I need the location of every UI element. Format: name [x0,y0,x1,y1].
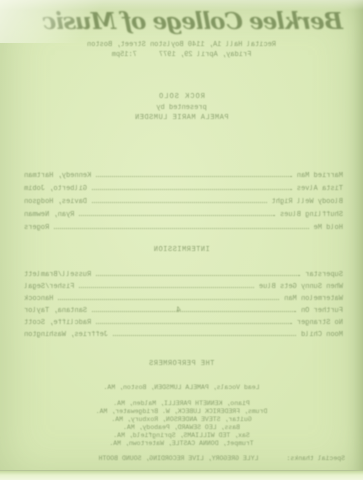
dotted-leader [92,189,292,190]
scan-bottom-edge [0,470,363,480]
dotted-leader [79,287,254,288]
dotted-leader [96,176,292,177]
dotted-leader [58,299,279,300]
recital-title: ROCK SOLO [0,93,363,101]
song-title: Shuffling Blues [280,211,343,219]
presented-by-label: presented by [0,104,363,112]
program1-row: Bloody Well Right Davies, Hodgson [24,198,343,206]
program2-row: Further On Santana, Taylor [24,307,343,315]
performer-line: Piano, KENNETH PARELLI, Malden, MA. [113,400,250,408]
special-thanks-names: LYLE GREGORY, LIVE RECORDING, SOUND BOOT… [99,455,259,462]
dotted-leader [96,275,300,276]
program1-row: Married Man Kennedy, Hartman [24,172,343,180]
date-line: Friday, April 29, 1977 7:15pm [0,51,363,59]
composer: Fisher/Segal [24,283,74,291]
composer: Davies, Hodgson [24,198,87,206]
song-title: Hold Me [314,224,343,232]
song-title: Watermelon Man [284,295,343,303]
mirrored-showthrough-layer: Berklee College of Music Recital Hall 1A… [0,0,363,480]
program2-row: Moon Child Jeffries, Washington [24,331,343,339]
date-text: Friday, April 29, 1977 [159,51,251,59]
program1-row: Tista Alves Gilberto, Jobim [24,185,343,193]
dotted-leader [92,202,267,203]
program2-row: No Stranger Radcliffe, Scott [24,319,343,327]
composer: Ryan, Newman [24,211,74,219]
song-title: Further On [301,307,343,315]
composer: Jeffries, Washington [24,331,108,339]
performer-line: Guitar, STEVE ANDERSON, Roxbury, MA. [111,416,251,424]
composer: Radcliffe, Scott [24,319,91,327]
song-title: Superstar [305,271,343,279]
composer: Russell/Bramlett [24,271,91,279]
dotted-leader [79,215,275,216]
performer-line: Sax, TED WILLIAMS, Springfield, MA. [113,432,250,440]
composer: Santana, Taylor [24,307,87,315]
footer-line: Special thanks: LYLE GREGORY, LIVE RECOR… [18,455,345,462]
composer: Gilberto, Jobim [24,185,87,193]
presenter-name: PAMELA MARIE LUMSDEN [0,114,363,122]
scanned-program-page: Berklee College of Music Recital Hall 1A… [0,0,363,480]
composer: Kennedy, Hartman [24,172,91,180]
song-title: No Stranger [297,319,343,327]
composer: Rogers [24,224,49,232]
dotted-leader [92,311,296,312]
berklee-logo: Berklee College of Music [51,8,343,35]
song-title: When Sunny Gets Blue [259,283,343,291]
performers-heading: THE PERFORMERS [0,360,363,368]
performer-list: Piano, KENNETH PARELLI, Malden, MA. Drum… [0,400,363,448]
dotted-leader [54,228,308,229]
program2-row: Watermelon Man Hancock [24,295,343,303]
venue-line: Recital Hall 1A, 1140 Boylston Street, B… [0,41,363,49]
song-title: Married Man [297,172,343,180]
program2-row: When Sunny Gets Blue Fisher/Segal [24,283,343,291]
program1-row: Shuffling Blues Ryan, Newman [24,211,343,219]
intermission-heading: INTERMISSION [0,246,363,254]
performer-line: Trumpet, DONNA CASTLE, Watertown, MA. [109,440,253,448]
stray-mark: 4 [176,306,181,315]
song-title: Tista Alves [297,185,343,193]
performer-line: Bass, LEO SEWARD, Peabody, MA. [123,424,240,432]
composer: Hancock [24,295,53,303]
time-text: 7:15pm [112,51,137,59]
dotted-leader [96,323,292,324]
dotted-leader [113,335,296,336]
performer-line: Drums, FREDERICK LUBECK, W. Bridgewater,… [96,408,268,416]
program2-row: Superstar Russell/Bramlett [24,271,343,279]
lead-vocalist-line: Lead Vocals, PAMELA LUMSDEN, Boston, MA. [0,384,363,391]
special-thanks-label: Special thanks: [286,455,345,462]
program1-row: Hold Me Rogers [24,224,343,232]
song-title: Bloody Well Right [272,198,343,206]
song-title: Moon Child [301,331,343,339]
